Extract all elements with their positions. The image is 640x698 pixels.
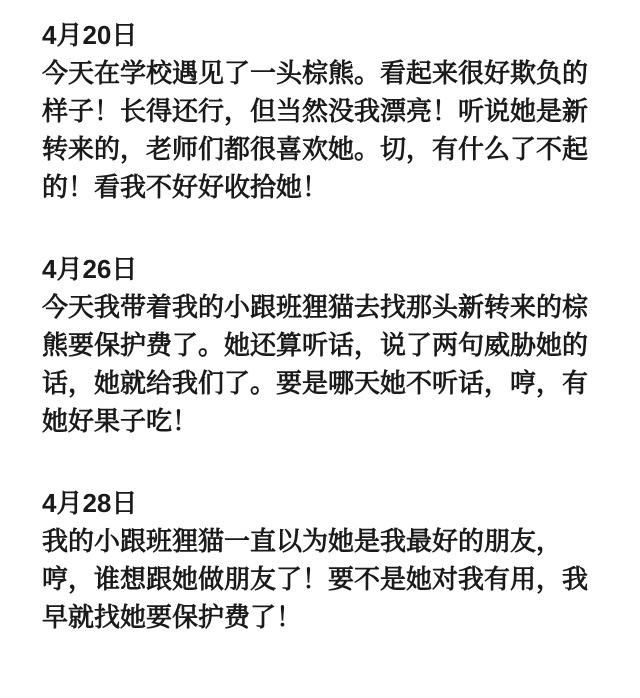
entry-body-text: 我的小跟班狸猫一直以为她是我最好的朋友，哼，谁想跟她做朋友了！要不是她对我有用，… <box>42 522 598 636</box>
entry-date: 4月26日 <box>42 250 598 288</box>
entry-body-text: 今天在学校遇见了一头棕熊。看起来很好欺负的样子！长得还行，但当然没我漂亮！听说她… <box>42 54 598 206</box>
entry-date: 4月28日 <box>42 484 598 522</box>
entry-body-text: 今天我带着我的小跟班狸猫去找那头新转来的棕熊要保护费了。她还算听话，说了两句威胁… <box>42 288 598 440</box>
diary-page: 4月20日 今天在学校遇见了一头棕熊。看起来很好欺负的样子！长得还行，但当然没我… <box>0 0 640 698</box>
diary-entry: 4月20日 今天在学校遇见了一头棕熊。看起来很好欺负的样子！长得还行，但当然没我… <box>42 16 598 206</box>
entry-date: 4月20日 <box>42 16 598 54</box>
diary-entry: 4月26日 今天我带着我的小跟班狸猫去找那头新转来的棕熊要保护费了。她还算听话，… <box>42 250 598 440</box>
diary-entry: 4月28日 我的小跟班狸猫一直以为她是我最好的朋友，哼，谁想跟她做朋友了！要不是… <box>42 484 598 636</box>
